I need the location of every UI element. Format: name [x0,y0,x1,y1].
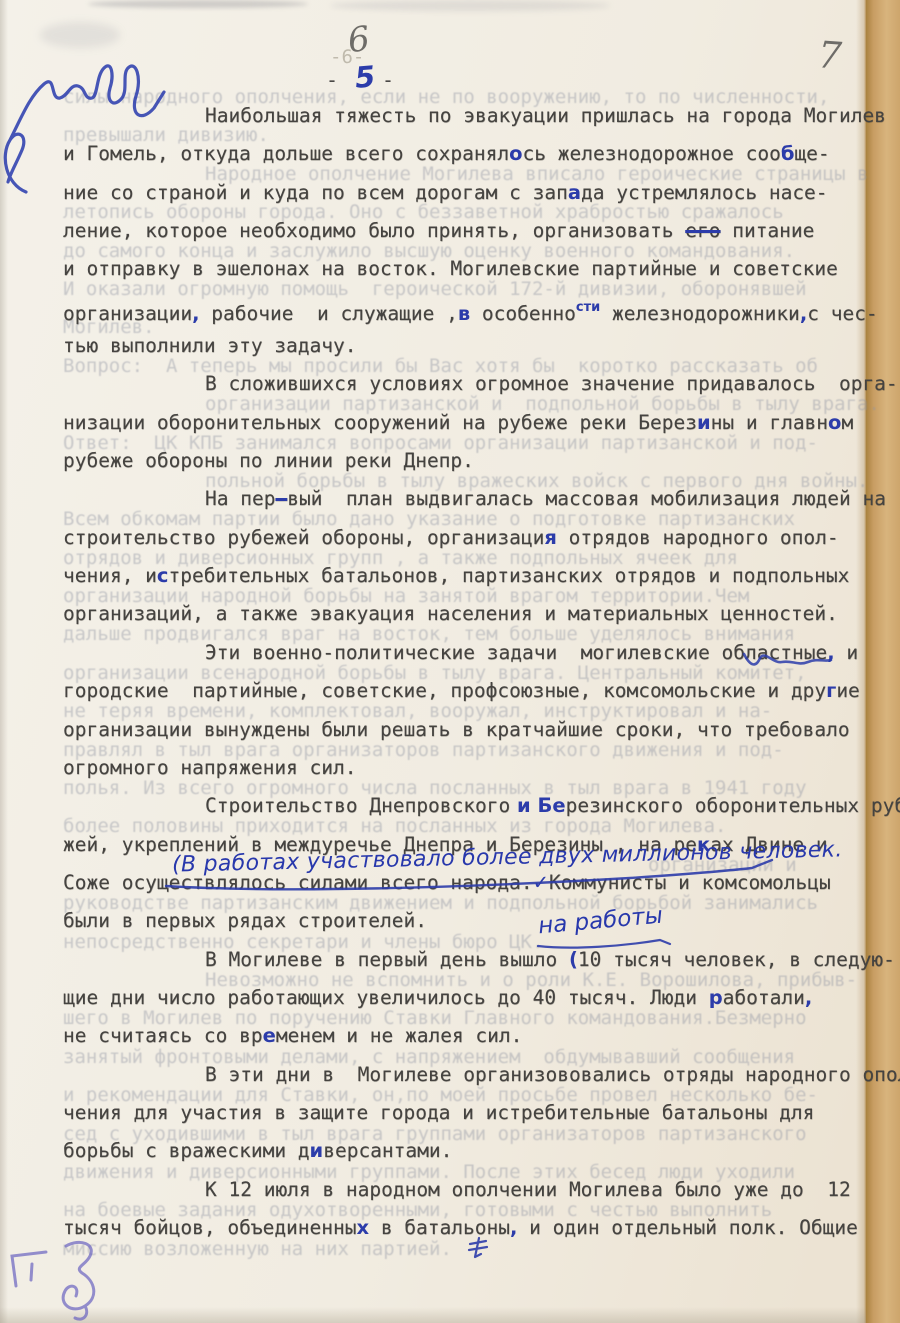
blue-ink-correction: о [828,411,841,434]
blue-ink-correction: и [697,411,711,434]
t-line: чения, истребительных батальонов, партиз… [63,557,875,595]
t-line: чения для участия в защите города и истр… [63,1094,875,1132]
document-scan-page: { "page_numbers": { "pencil_top": "6", "… [0,0,900,1323]
blue-ink-correction: с [157,564,169,587]
page-number-dash-left: - [326,68,348,92]
pencil-page-number-6: 6 [346,19,372,61]
t-line: щие дни число работающих увеличилось до … [63,979,875,1017]
bottom-left-scribble [2,1238,152,1323]
typed-page-number: -5- [326,60,404,94]
blue-ink-correction: б [781,142,795,165]
t-line: Строительство Днепровского и Березинског… [63,787,875,825]
blue-ink-correction: р [709,986,723,1009]
t-line: не считаясь со временем и не жалея сил. [63,1017,875,1055]
t-line: В эти дни в Могилеве организововались от… [63,1056,875,1094]
t-line: строительство рубежей обороны, организац… [63,519,875,557]
marginal-squiggle-stroke [740,646,835,672]
t-line: были в первых рядах строителей. [63,902,875,940]
blue-ink-correction: о [509,142,522,165]
t-line: городские партийные, советские, профсоюз… [63,672,875,710]
blue-ink-correction: сти [576,300,600,315]
blue-ink-correction: и Бе [510,794,565,817]
blue-ink-correction: , [800,302,807,325]
pencil-page-number-7: 7 [817,33,843,78]
insertion-underline-stroke [160,866,785,892]
t-line: В сложившихся условиях огромное значение… [63,365,875,403]
t-line: огромного напряжения сил. [63,749,875,787]
t-line: организации вынуждены были решать в крат… [63,711,875,749]
t-line: В Могилеве в первый день вышло (10 тысяч… [63,941,875,979]
struck-out-text: его [685,219,720,242]
blue-ink-correction: , [192,302,199,325]
blue-ink-correction: я [544,526,557,549]
t-line: На пер-вый план выдвигалась массовая моб… [63,480,875,518]
blue-ink-correction: е [263,1024,276,1047]
t-line: и отправку в эшелонах на восток. Могилев… [63,250,875,288]
t-line: ление, которое необходимо было принять, … [63,212,875,250]
signature-scribble [0,24,211,199]
blue-ink-correction: г [826,679,836,702]
t-line: рубеже обороны по линии реки Днепр. [63,442,875,480]
typed-text-body: Наибольшая тяжесть по эвакуации пришлась… [63,97,875,1247]
top-edge-smudge [330,0,610,11]
struck-out-text: - [275,487,287,510]
blue-ink-correction: , [510,1216,517,1239]
blue-ink-page-number-5: 5 [347,59,384,96]
blue-ink-correction: в [458,302,470,325]
t-line: организации, рабочие и служащие ,в особе… [63,289,875,327]
na-raboty-underline-stroke [534,936,674,952]
top-edge-smudge [88,0,308,8]
t-line: К 12 июля в народном ополчении Могилева … [63,1171,875,1209]
blue-ink-correction: и [310,1139,324,1162]
blue-ink-correction: а [568,181,581,204]
t-line: борьбы с вражескими диверсантами. [63,1132,875,1170]
blue-ink-correction: , [805,986,812,1009]
blue-ink-correction: х [357,1216,370,1239]
comma-insertion-mark [466,1236,490,1260]
t-line: низации оборонительных сооружений на руб… [63,404,875,442]
t-line: тью выполнили эту задачу. [63,327,875,365]
page-number-dash-right: - [382,68,404,92]
t-line: организаций, а также эвакуация населения… [63,595,875,633]
